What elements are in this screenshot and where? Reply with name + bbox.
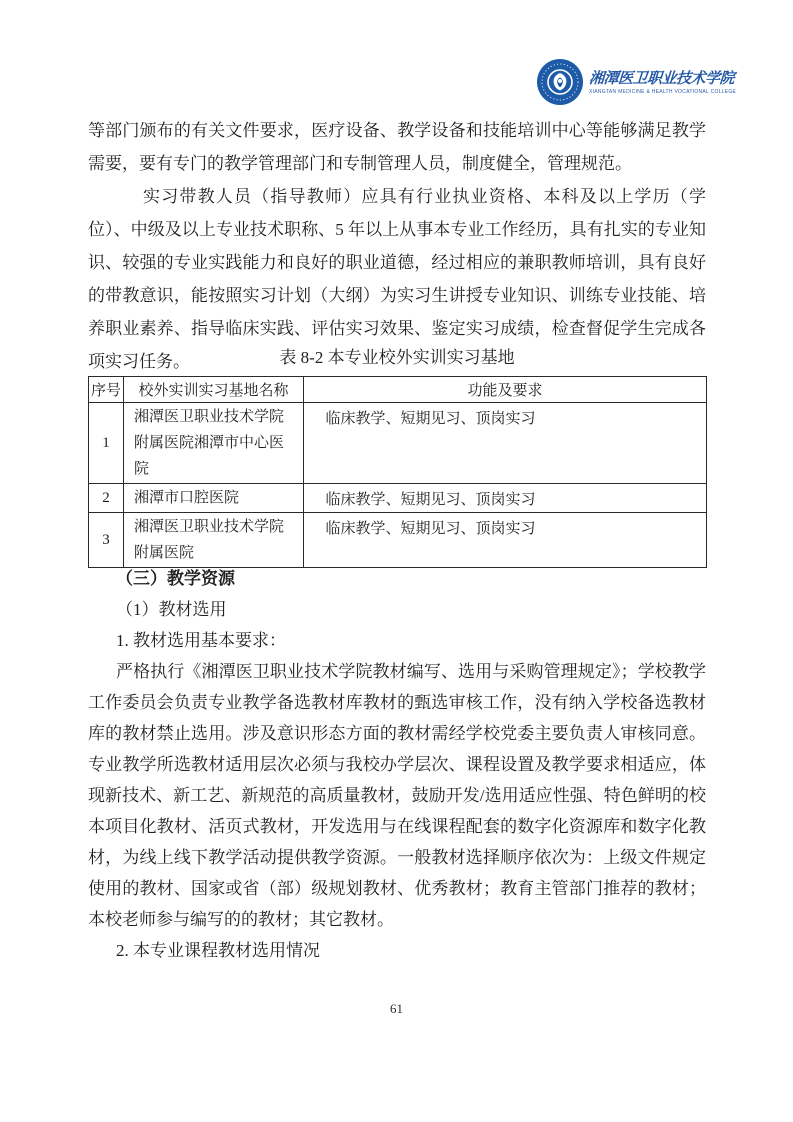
table-header-row: 序号 校外实训实习基地名称 功能及要求	[89, 377, 707, 403]
body-text-block: 等部门颁布的有关文件要求，医疗设备、教学设备和技能培训中心等能够满足教学需要，要…	[88, 114, 706, 378]
cell-function: 临床教学、短期见习、顶岗实习	[304, 513, 707, 568]
header-base-name: 校外实训实习基地名称	[124, 377, 304, 403]
training-base-table: 序号 校外实训实习基地名称 功能及要求 1 湘潭医卫职业技术学院附属医院湘潭市中…	[88, 376, 707, 568]
table-row: 2 湘潭市口腔医院 临床教学、短期见习、顶岗实习	[89, 484, 707, 513]
header-function: 功能及要求	[304, 377, 707, 403]
section-heading: （三）教学资源	[116, 563, 706, 594]
section-item-1: 1. 教材选用基本要求：	[116, 625, 706, 656]
header-seq: 序号	[89, 377, 124, 403]
college-logo: 湘潭医卫职业技术学院 XIANGTAN MEDICINE & HEALTH VO…	[536, 58, 736, 106]
table-caption: 表 8-2 本专业校外实训实习基地	[88, 344, 706, 372]
page-number: 61	[0, 1001, 793, 1017]
college-name-zh: 湘潭医卫职业技术学院	[588, 69, 737, 89]
section-item-2: 2. 本专业课程教材选用情况	[116, 935, 706, 966]
cell-function: 临床教学、短期见习、顶岗实习	[304, 484, 707, 513]
college-name-en: XIANGTAN MEDICINE & HEALTH VOCATIONAL CO…	[589, 89, 736, 96]
cell-seq: 2	[89, 484, 124, 513]
college-emblem-icon	[536, 58, 584, 106]
section-subheading: （1）教材选用	[116, 594, 706, 625]
cell-base-name: 湘潭医卫职业技术学院附属医院湘潭市中心医院	[124, 403, 304, 484]
paragraph-requirements: 等部门颁布的有关文件要求，医疗设备、教学设备和技能培训中心等能够满足教学需要，要…	[88, 114, 706, 180]
cell-base-name: 湘潭市口腔医院	[124, 484, 304, 513]
cell-base-name: 湘潭医卫职业技术学院附属医院	[124, 513, 304, 568]
table-row: 3 湘潭医卫职业技术学院附属医院 临床教学、短期见习、顶岗实习	[89, 513, 707, 568]
document-page: 湘潭医卫职业技术学院 XIANGTAN MEDICINE & HEALTH VO…	[0, 0, 793, 1122]
cell-seq: 1	[89, 403, 124, 484]
cell-seq: 3	[89, 513, 124, 568]
table-row: 1 湘潭医卫职业技术学院附属医院湘潭市中心医院 临床教学、短期见习、顶岗实习	[89, 403, 707, 484]
section-paragraph: 严格执行《湘潭医卫职业技术学院教材编写、选用与采购管理规定》；学校教学工作委员会…	[88, 656, 706, 935]
teaching-resources-section: （三）教学资源 （1）教材选用 1. 教材选用基本要求： 严格执行《湘潭医卫职业…	[88, 563, 706, 966]
cell-function: 临床教学、短期见习、顶岗实习	[304, 403, 707, 484]
